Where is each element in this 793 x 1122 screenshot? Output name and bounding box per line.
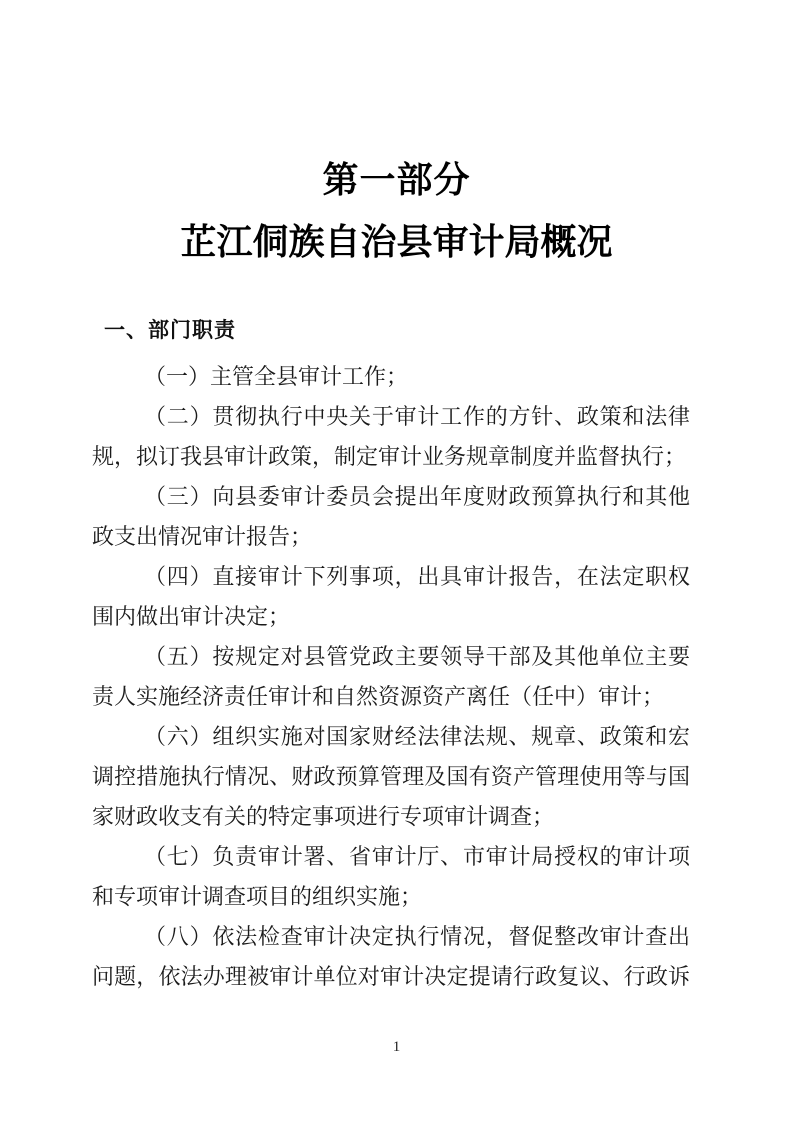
document-page: 第一部分 芷江侗族自治县审计局概况 一、部门职责 （一）主管全县审计工作；（二）… — [0, 0, 793, 1122]
body-text: （一）主管全县审计工作；（二）贯彻执行中央关于审计工作的方针、政策和法律法规，拟… — [92, 357, 690, 997]
body-text-line: 围内做出审计决定； — [92, 597, 690, 637]
section-heading-department-duties: 一、部门职责 — [104, 316, 236, 346]
body-text-line: 规，拟订我县审计政策，制定审计业务规章制度并监督执行； — [92, 437, 690, 477]
body-text-line: （六）组织实施对国家财经法律法规、规章、政策和宏观 — [92, 717, 690, 757]
body-text-line: （三）向县委审计委员会提出年度财政预算执行和其他财 — [92, 477, 690, 517]
document-main-title: 芷江侗族自治县审计局概况 — [0, 219, 793, 265]
body-text-line: （七）负责审计署、省审计厅、市审计局授权的审计项目 — [92, 837, 690, 877]
body-text-line: （二）贯彻执行中央关于审计工作的方针、政策和法律法 — [92, 397, 690, 437]
part-title: 第一部分 — [0, 157, 793, 203]
body-text-line: （四）直接审计下列事项，出具审计报告，在法定职权范 — [92, 557, 690, 597]
body-text-line: （八）依法检查审计决定执行情况，督促整改审计查出的 — [92, 917, 690, 957]
body-text-line: 问题，依法办理被审计单位对审计决定提请行政复议、行政诉 — [92, 957, 690, 997]
body-text-line: 调控措施执行情况、财政预算管理及国有资产管理使用等与国 — [92, 757, 690, 797]
body-text-line: 和专项审计调查项目的组织实施； — [92, 877, 690, 917]
page-number: 1 — [0, 1036, 793, 1058]
body-text-line: 家财政收支有关的特定事项进行专项审计调查； — [92, 797, 690, 837]
body-text-line: 政支出情况审计报告； — [92, 517, 690, 557]
body-text-line: 责人实施经济责任审计和自然资源资产离任（任中）审计； — [92, 677, 690, 717]
body-text-line: （一）主管全县审计工作； — [92, 357, 690, 397]
body-text-line: （五）按规定对县管党政主要领导干部及其他单位主要负 — [92, 637, 690, 677]
